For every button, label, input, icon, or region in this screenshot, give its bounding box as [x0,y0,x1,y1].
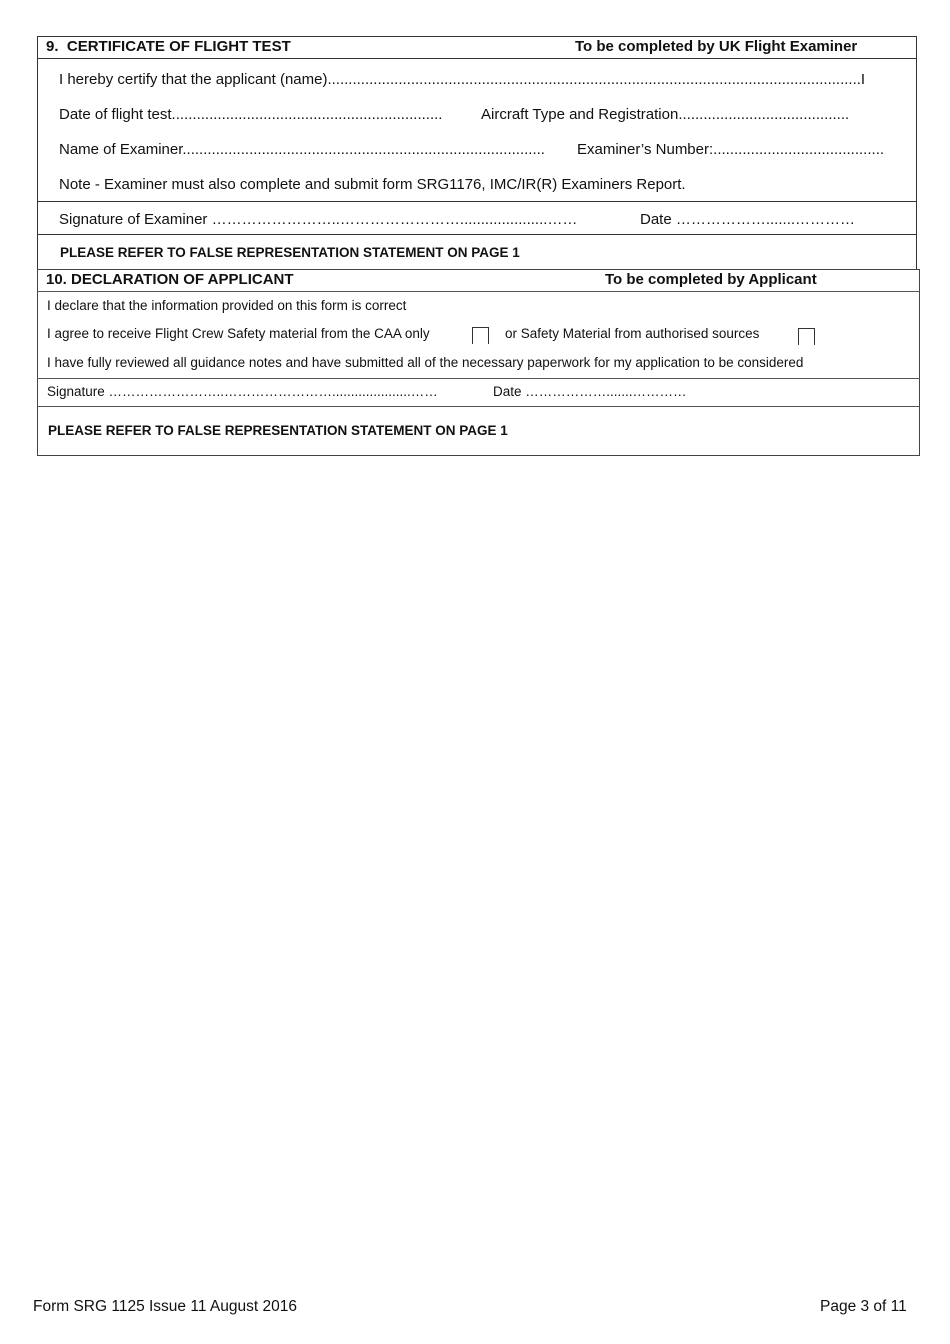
false-representation-notice: PLEASE REFER TO FALSE REPRESENTATION STA… [48,423,508,438]
examiner-name-field[interactable]: Name of Examiner........................… [59,141,545,158]
caa-safety-material-label: I agree to receive Flight Crew Safety ma… [47,326,430,341]
authorised-sources-checkbox[interactable] [798,328,815,345]
divider [37,406,920,407]
examiner-note: Note - Examiner must also complete and s… [59,176,686,193]
date-of-flight-test-field[interactable]: Date of flight test.....................… [59,106,442,123]
completed-by-label: To be completed by Applicant [605,271,817,288]
section-title: CERTIFICATE OF FLIGHT TEST [67,38,291,55]
applicant-name-field[interactable]: I hereby certify that the applicant (nam… [59,71,865,88]
applicant-date-field[interactable]: Date ……………….......………… [493,384,687,399]
section-9-heading: 9. CERTIFICATE OF FLIGHT TEST [46,38,291,55]
completed-by-label: To be completed by UK Flight Examiner [575,38,857,55]
divider [37,58,917,59]
section-10-heading: 10. DECLARATION OF APPLICANT [46,271,294,288]
examiner-date-field[interactable]: Date ……………….......………… [640,211,855,228]
section-number: 9. [46,38,59,55]
divider [37,378,920,379]
form-identifier: Form SRG 1125 Issue 11 August 2016 [33,1298,297,1316]
caa-only-checkbox[interactable] [472,327,489,344]
false-representation-notice: PLEASE REFER TO FALSE REPRESENTATION STA… [60,245,520,260]
divider [37,201,917,202]
page-number: Page 3 of 11 [820,1298,907,1316]
divider [37,291,920,292]
aircraft-type-registration-field[interactable]: Aircraft Type and Registration..........… [481,106,849,123]
examiner-number-field[interactable]: Examiner’s Number:......................… [577,141,884,158]
declaration-statement: I declare that the information provided … [47,298,406,313]
guidance-reviewed-statement: I have fully reviewed all guidance notes… [47,355,803,370]
divider [37,234,917,235]
section-number: 10. [46,271,67,288]
authorised-sources-label: or Safety Material from authorised sourc… [505,326,759,341]
section-title: DECLARATION OF APPLICANT [71,271,294,288]
applicant-signature-field[interactable]: Signature ……………………..……………………............… [47,384,438,399]
examiner-signature-field[interactable]: Signature of Examiner ……………………..……………………… [59,211,577,228]
